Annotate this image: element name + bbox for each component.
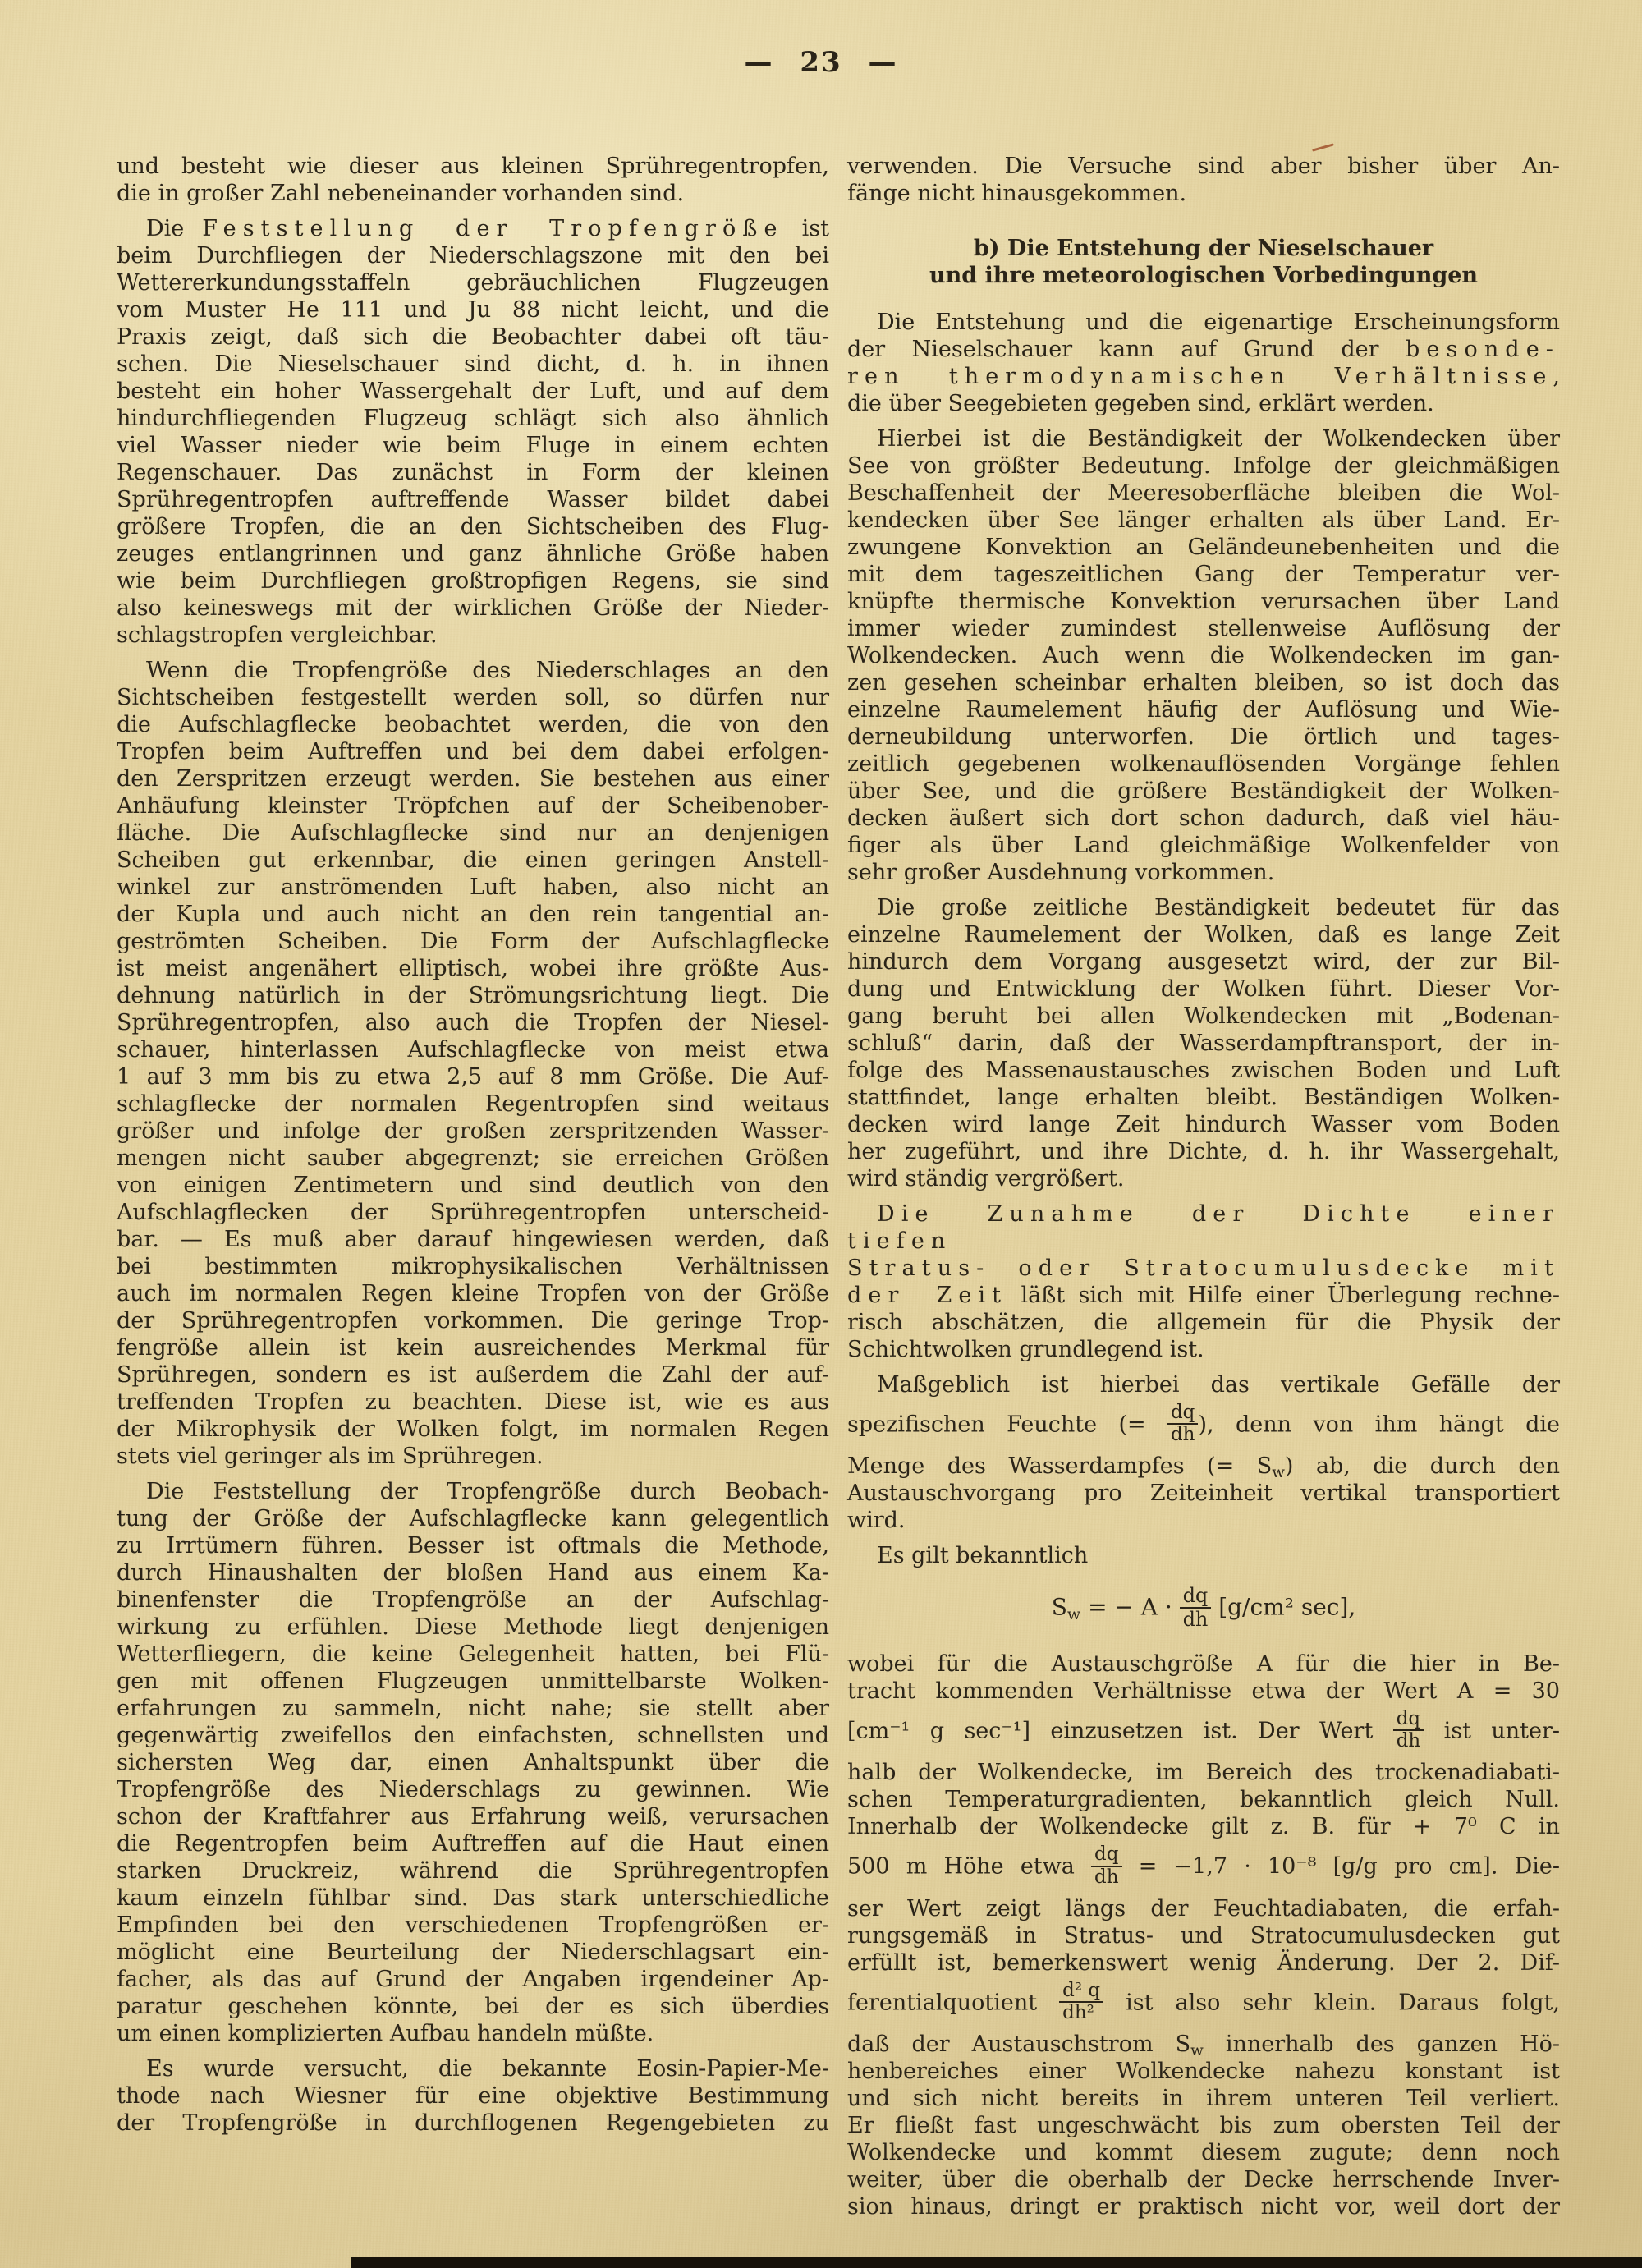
text-line: ist meist angenähert elliptisch, wobei i…	[117, 955, 829, 982]
text-line: stets viel geringer als im Sprühregen.	[117, 1443, 829, 1470]
text-line: tracht kommenden Verhältnisse etwa der W…	[847, 1678, 1560, 1705]
text-line: folge des Massenaustausches zwischen Bod…	[847, 1057, 1560, 1084]
text-line: ferentialquotient d² qdh² ist also sehr …	[847, 1976, 1560, 2031]
text-line: tung der Größe der Aufschlagflecke kann …	[117, 1505, 829, 1532]
text-line: sion hinaus, dringt er praktisch nicht v…	[847, 2193, 1560, 2220]
text-line: Die große zeitliche Beständigkeit bedeut…	[847, 894, 1560, 921]
paragraph: Die große zeitliche Beständigkeit bedeut…	[847, 894, 1560, 1192]
text-line: hindurch dem Vorgang ausgesetzt wird, de…	[847, 948, 1560, 976]
text-line: Hierbei ist die Beständigkeit der Wolken…	[847, 425, 1560, 452]
text-line: dehnung natürlich in der Strömungsrichtu…	[117, 982, 829, 1009]
text-line: den Zerspritzen erzeugt werden. Sie best…	[117, 765, 829, 792]
text-line: Schichtwolken grundlegend ist.	[847, 1336, 1560, 1363]
paragraph: wobei für die Austauschgröße A für die h…	[847, 1650, 1560, 2220]
text-line: der Mikrophysik der Wolken folgt, im nor…	[117, 1416, 829, 1443]
text-line: größer und infolge der großen zerspritze…	[117, 1118, 829, 1145]
text-line: zu Irrtümern führen. Besser ist oftmals …	[117, 1532, 829, 1559]
text-line: Sichtscheiben festgestellt werden soll, …	[117, 684, 829, 711]
text-line: Wolkendecken. Auch wenn die Wolkendecken…	[847, 642, 1560, 669]
text-line: und besteht wie dieser aus kleinen Sprüh…	[117, 153, 829, 180]
letterspaced-text: besonde-	[1406, 337, 1560, 362]
text-line: schlagstropfen vergleichbar.	[117, 622, 829, 649]
text-line: derneubildung unterworfen. Die örtlich u…	[847, 723, 1560, 751]
page-number: — 23 —	[0, 46, 1642, 79]
text-line: Tropfen beim Auftreffen und bei dem dabe…	[117, 738, 829, 765]
text-line: Sprühregentropfen, also auch die Tropfen…	[117, 1009, 829, 1036]
text-line: Stratus- oder Stratocumulusdecke mit	[847, 1255, 1560, 1282]
text-line: von einigen Zentimetern und sind deutlic…	[117, 1172, 829, 1199]
text-line: daß der Austauschstrom Sw innerhalb des …	[847, 2031, 1560, 2058]
text-line: der Nieselschauer kann auf Grund der bes…	[847, 336, 1560, 363]
text-line: facher, als das auf Grund der Angaben ir…	[117, 1966, 829, 1993]
page-bottom-edge-shadow	[351, 2257, 1642, 2268]
document-page: — 23 — und besteht wie dieser aus kleine…	[0, 0, 1642, 2268]
text-line: thode nach Wiesner für eine objektive Be…	[117, 2082, 829, 2110]
letterspaced-text: Die Zunahme der Dichte einer tiefen	[847, 1201, 1560, 1254]
text-line: der Kupla und auch nicht an den rein tan…	[117, 901, 829, 928]
text-line: hindurchfliegenden Flugzeug schlägt sich…	[117, 405, 829, 432]
text-line: die in großer Zahl nebeneinander vorhand…	[117, 180, 829, 207]
text-line: schen Temperaturgradienten, bekanntlich …	[847, 1786, 1560, 1813]
text-line: binenfenster die Tropfengröße an der Auf…	[117, 1586, 829, 1614]
text-line: bei bestimmten mikrophysikalischen Verhä…	[117, 1253, 829, 1280]
text-line: 500 m Höhe etwa dqdh = −1,7 · 10⁻⁸ [g/g …	[847, 1840, 1560, 1894]
text-line: der Tropfengröße in durchflogenen Regeng…	[117, 2110, 829, 2137]
text-line: der Sprühregentropfen vorkommen. Die ger…	[117, 1307, 829, 1334]
paragraph: Die Feststellung der Tropfengröße istbei…	[117, 215, 829, 649]
letterspaced-text: Stratus- oder Stratocumulusdecke mit	[847, 1256, 1560, 1281]
text-line: ser Wert zeigt längs der Feuchtadiabaten…	[847, 1895, 1560, 1922]
text-line: besteht ein hoher Wassergehalt der Luft,…	[117, 378, 829, 405]
section-heading: b) Die Entstehung der Nieselschauerund i…	[847, 235, 1560, 289]
text-line: Wenn die Tropfengröße des Niederschlages…	[117, 657, 829, 684]
text-line: See von größter Bedeutung. Infolge der g…	[847, 452, 1560, 480]
text-line: Die Feststellung der Tropfengröße ist	[117, 215, 829, 242]
text-line: fengröße allein ist kein ausreichendes M…	[117, 1334, 829, 1361]
text-line: Wolkendecke und kommt diesem zugute; den…	[847, 2139, 1560, 2166]
text-line: gen mit offenen Flugzeugen unmittelbarst…	[117, 1668, 829, 1695]
letterspaced-text: ren thermodynamischen Verhältnisse	[847, 364, 1553, 389]
fraction: d² qdh²	[1059, 1981, 1103, 2023]
display-formula: Sw = − A · dqdh [g/cm² sec],	[847, 1581, 1560, 1637]
paragraph: Die Entstehung und die eigenartige Ersch…	[847, 309, 1560, 417]
text-line: Regenschauer. Das zunächst in Form der k…	[117, 459, 829, 486]
text-line: b) Die Entstehung der Nieselschauer	[847, 235, 1560, 262]
paragraph: Die Zunahme der Dichte einer tiefenStrat…	[847, 1201, 1560, 1363]
text-line: viel Wasser nieder wie beim Fluge in ein…	[117, 432, 829, 459]
text-line: fänge nicht hinausgekommen.	[847, 180, 1560, 207]
text-line: winkel zur anströmenden Luft haben, also…	[117, 874, 829, 901]
text-line: beim Durchfliegen der Niederschlagszone …	[117, 242, 829, 269]
text-line: schon der Kraftfahrer aus Erfahrung weiß…	[117, 1803, 829, 1830]
text-line: Anhäufung kleinster Tröpfchen auf der Sc…	[117, 792, 829, 820]
text-line: Scheiben gut erkennbar, die einen gering…	[117, 847, 829, 874]
text-line: Menge des Wasserdampfes (= Sw) ab, die d…	[847, 1453, 1560, 1480]
formula-line: Sw = − A · dqdh [g/cm² sec],	[847, 1581, 1560, 1637]
text-line: spezifischen Feuchte (= dqdh), denn von …	[847, 1398, 1560, 1453]
text-line: rungsgemäß in Stratus- und Stratocumulus…	[847, 1922, 1560, 1949]
text-line: Sprühregentropfen auftreffende Wasser bi…	[117, 486, 829, 513]
text-line: Empfinden bei den verschiedenen Tropfeng…	[117, 1912, 829, 1939]
text-line: wie beim Durchfliegen großtropfigen Rege…	[117, 567, 829, 595]
fraction: dqdh	[1167, 1403, 1198, 1445]
text-line: wobei für die Austauschgröße A für die h…	[847, 1650, 1560, 1678]
paragraph: verwenden. Die Versuche sind aber bisher…	[847, 153, 1560, 207]
text-line: 1 auf 3 mm bis zu etwa 2,5 auf 8 mm Größ…	[117, 1063, 829, 1090]
paragraph: Es gilt bekanntlich	[847, 1542, 1560, 1569]
text-line: über See, und die größere Beständigkeit …	[847, 778, 1560, 805]
text-line: die über Seegebieten gegeben sind, erklä…	[847, 390, 1560, 417]
paragraph: Maßgeblich ist hierbei das vertikale Gef…	[847, 1371, 1560, 1534]
letterspaced-text: der Zeit	[847, 1283, 1007, 1308]
text-line: die Regentropfen beim Auftreffen auf die…	[117, 1830, 829, 1857]
text-line: auch im normalen Regen kleine Tropfen vo…	[117, 1280, 829, 1307]
text-line: henbereiches einer Wolkendecke nahezu ko…	[847, 2058, 1560, 2085]
text-line: Es wurde versucht, die bekannte Eosin-Pa…	[117, 2055, 829, 2082]
text-line: figer als über Land gleichmäßige Wolkenf…	[847, 832, 1560, 859]
paragraph: Die Feststellung der Tropfengröße durch …	[117, 1478, 829, 2047]
right-column: verwenden. Die Versuche sind aber bisher…	[847, 153, 1560, 2229]
text-line: möglicht eine Beurteilung der Niederschl…	[117, 1939, 829, 1966]
text-line: kendecken über See länger erhalten als ü…	[847, 507, 1560, 534]
text-line: wird.	[847, 1507, 1560, 1534]
text-line: Tropfengröße des Niederschlags zu gewinn…	[117, 1776, 829, 1803]
text-line: weiter, über die oberhalb der Decke herr…	[847, 2166, 1560, 2193]
text-line: der Zeit läßt sich mit Hilfe einer Überl…	[847, 1282, 1560, 1309]
paragraph: Wenn die Tropfengröße des Niederschlages…	[117, 657, 829, 1470]
text-line: schluß“ darin, daß der Wasserdampftransp…	[847, 1030, 1560, 1057]
text-line: decken wird lange Zeit hindurch Wasser v…	[847, 1111, 1560, 1138]
text-line: paratur geschehen könnte, bei der es sic…	[117, 1993, 829, 2020]
text-line: verwenden. Die Versuche sind aber bisher…	[847, 153, 1560, 180]
text-line: dung und Entwicklung der Wolken führt. D…	[847, 976, 1560, 1003]
text-line: Innerhalb der Wolkendecke gilt z. B. für…	[847, 1813, 1560, 1840]
text-line: Maßgeblich ist hierbei das vertikale Gef…	[847, 1371, 1560, 1398]
text-line: Praxis zeigt, daß sich die Beobachter da…	[117, 324, 829, 351]
text-line: zeuges entlangrinnen und ganz ähnliche G…	[117, 540, 829, 567]
fraction: dqdh	[1393, 1709, 1424, 1752]
fraction: dqdh	[1180, 1585, 1212, 1629]
text-line: erfüllt ist, bemerkenswert wenig Änderun…	[847, 1949, 1560, 1976]
text-line: decken äußert sich dort schon dadurch, d…	[847, 805, 1560, 832]
text-line: Austauschvorgang pro Zeiteinheit vertika…	[847, 1480, 1560, 1507]
left-column: und besteht wie dieser aus kleinen Sprüh…	[117, 153, 829, 2145]
text-line: sehr großer Ausdehnung vorkommen.	[847, 859, 1560, 886]
text-line: schauer, hinterlassen Aufschlagflecke vo…	[117, 1036, 829, 1063]
paragraph: Es wurde versucht, die bekannte Eosin-Pa…	[117, 2055, 829, 2137]
text-line: sichersten Weg dar, einen Anhaltspunkt ü…	[117, 1749, 829, 1776]
text-line: Er fließt fast ungeschwächt bis zum ober…	[847, 2112, 1560, 2139]
text-line: durch Hinaushalten der bloßen Hand aus e…	[117, 1559, 829, 1586]
text-line: Sprühregen, sondern es ist außerdem die …	[117, 1361, 829, 1389]
text-line: stattfindet, lange erhalten bleibt. Best…	[847, 1084, 1560, 1111]
text-line: mengen nicht sauber abgegrenzt; sie erre…	[117, 1145, 829, 1172]
text-line: einzelne Raumelement der Wolken, daß es …	[847, 921, 1560, 948]
text-line: risch abschätzen, die allgemein für die …	[847, 1309, 1560, 1336]
text-line: Die Zunahme der Dichte einer tiefen	[847, 1201, 1560, 1255]
text-line: die Aufschlagflecke beobachtet werden, d…	[117, 711, 829, 738]
text-line: wirkung zu erfühlen. Diese Methode liegt…	[117, 1614, 829, 1641]
text-line: gang beruht bei allen Wolkendecken mit „…	[847, 1003, 1560, 1030]
text-line: treffenden Tropfen zu beachten. Diese is…	[117, 1389, 829, 1416]
text-line: her zugeführt, und ihre Dichte, d. h. ih…	[847, 1138, 1560, 1165]
text-line: fläche. Die Aufschlagflecke sind nur an …	[117, 820, 829, 847]
text-line: Aufschlagflecken der Sprühregentropfen u…	[117, 1199, 829, 1226]
text-line: gegenwärtig zweifellos den einfachsten, …	[117, 1722, 829, 1749]
text-line: Die Entstehung und die eigenartige Ersch…	[847, 309, 1560, 336]
text-line: zwungene Konvektion an Geländeunebenheit…	[847, 534, 1560, 561]
text-line: zeitlich gegebenen wolkenauflösenden Vor…	[847, 751, 1560, 778]
text-line: immer wieder zumindest stellenweise Aufl…	[847, 615, 1560, 642]
text-line: schlagflecke der normalen Regentropfen s…	[117, 1090, 829, 1118]
letterspaced-text: Feststellung der Tropfengröße	[202, 216, 783, 241]
text-line: um einen komplizierten Aufbau handeln mü…	[117, 2020, 829, 2047]
paragraph: Hierbei ist die Beständigkeit der Wolken…	[847, 425, 1560, 886]
text-line: Es gilt bekanntlich	[847, 1542, 1560, 1569]
text-line: [cm⁻¹ g sec⁻¹] einzusetzen ist. Der Wert…	[847, 1705, 1560, 1759]
paragraph: und besteht wie dieser aus kleinen Sprüh…	[117, 153, 829, 207]
text-line: Wettererkundungsstaffeln gebräuchlichen …	[117, 269, 829, 296]
text-line: größere Tropfen, die an den Sichtscheibe…	[117, 513, 829, 540]
text-line: einzelne Raumelement häufig der Auflösun…	[847, 696, 1560, 723]
text-line: erfahrungen zu sammeln, nicht nahe; sie …	[117, 1695, 829, 1722]
scan-artifact-mark	[1312, 143, 1334, 151]
text-line: knüpfte thermische Konvektion verursache…	[847, 588, 1560, 615]
text-line: Wetterfliegern, die keine Gelegenheit ha…	[117, 1641, 829, 1668]
text-line: ren thermodynamischen Verhältnisse,	[847, 363, 1560, 390]
text-line: und ihre meteorologischen Vorbedingungen	[847, 262, 1560, 289]
fraction: dqdh	[1091, 1844, 1121, 1887]
text-line: wird ständig vergrößert.	[847, 1165, 1560, 1192]
text-line: Die Feststellung der Tropfengröße durch …	[117, 1478, 829, 1505]
text-line: bar. — Es muß aber darauf hingewiesen we…	[117, 1226, 829, 1253]
text-line: zen gesehen scheinbar erhalten bleiben, …	[847, 669, 1560, 696]
text-line: halb der Wolkendecke, im Bereich des tro…	[847, 1759, 1560, 1786]
text-line: mit dem tageszeitlichen Gang der Tempera…	[847, 561, 1560, 588]
text-line: und sich nicht bereits in ihrem unteren …	[847, 2085, 1560, 2112]
text-line: vom Muster He 111 und Ju 88 nicht leicht…	[117, 296, 829, 324]
text-line: also keineswegs mit der wirklichen Größe…	[117, 595, 829, 622]
text-line: geströmten Scheiben. Die Form der Aufsch…	[117, 928, 829, 955]
text-line: starken Druckreiz, während die Sprührege…	[117, 1857, 829, 1885]
text-line: schen. Die Nieselschauer sind dicht, d. …	[117, 351, 829, 378]
text-line: kaum einzeln fühlbar sind. Das stark unt…	[117, 1885, 829, 1912]
text-line: Beschaffenheit der Meeresoberfläche blei…	[847, 480, 1560, 507]
